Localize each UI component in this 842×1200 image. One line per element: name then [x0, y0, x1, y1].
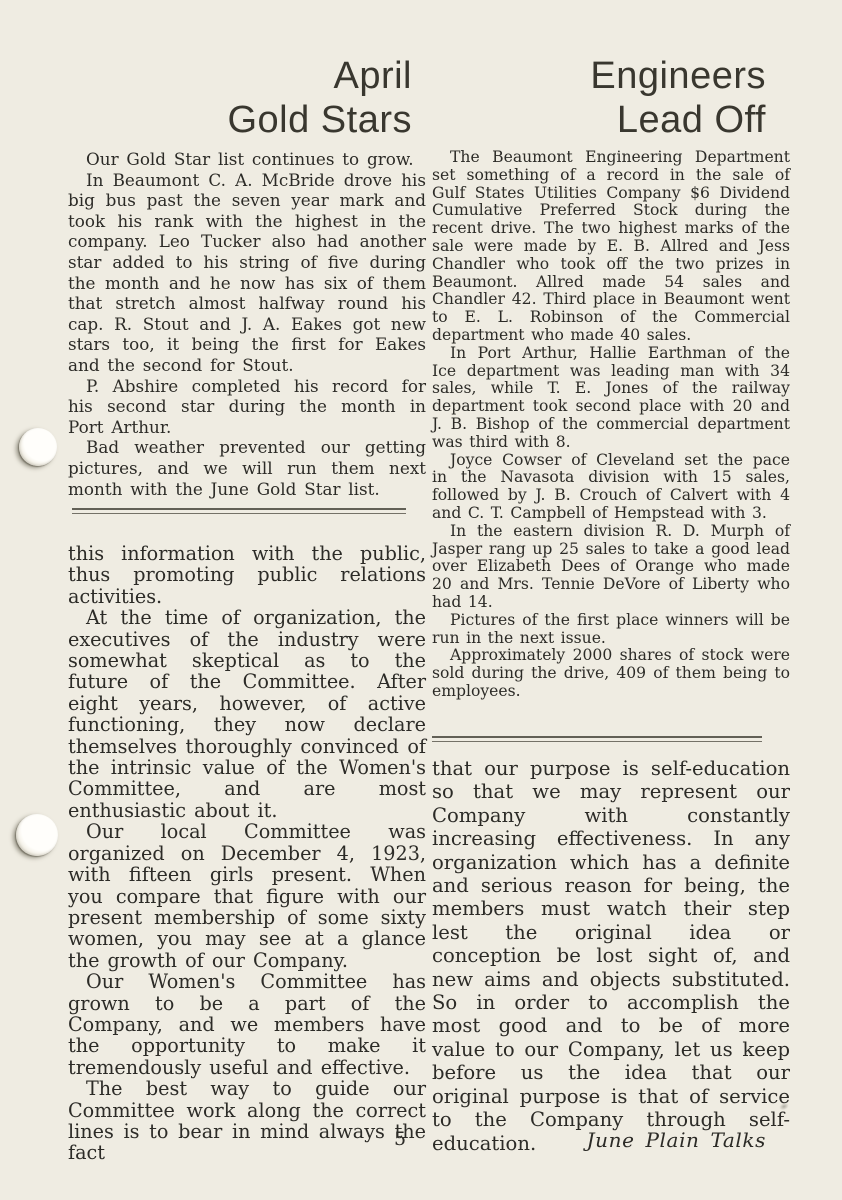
paragraph: Our Women's Committee has grown to be a … — [68, 971, 426, 1078]
title-line-1: Engineers — [432, 54, 766, 98]
paragraph: P. Abshire completed his record for his … — [68, 376, 426, 438]
paragraph: In the eastern division R. D. Murph of J… — [432, 523, 790, 612]
article-title-april-gold-stars: April Gold Stars — [68, 54, 426, 142]
paragraph: In Beaumont C. A. McBride drove his big … — [68, 170, 426, 376]
page-number: 5 — [380, 1128, 420, 1150]
paragraph: Joyce Cowser of Cleveland set the pace i… — [432, 452, 790, 523]
paragraph-continued: this information with the public, thus p… — [68, 543, 426, 607]
paragraph: In Port Arthur, Hallie Earthman of the I… — [432, 345, 790, 452]
article-title-engineers-lead-off: Engineers Lead Off — [432, 54, 790, 142]
punch-hole-top — [19, 428, 57, 466]
paragraph: Our Gold Star list continues to grow. — [68, 149, 426, 170]
title-line-2: Lead Off — [432, 98, 766, 142]
paragraph: Pictures of the first place winners will… — [432, 612, 790, 648]
engineers-article-body: The Beaumont Engineering Department set … — [432, 149, 790, 701]
section-divider-rule-left — [72, 508, 406, 514]
paragraph: The Beaumont Engineering Department set … — [432, 149, 790, 345]
title-line-1: April — [68, 54, 412, 98]
gold-stars-article-body: Our Gold Star list continues to grow. In… — [68, 149, 426, 499]
paragraph-continued: that our purpose is self-education so th… — [432, 757, 790, 1155]
paragraph: The best way to guide our Committee work… — [68, 1078, 426, 1164]
publication-footer-title: June Plain Talks — [430, 1128, 766, 1152]
section-divider-rule-right — [432, 736, 762, 742]
paragraph: At the time of organization, the executi… — [68, 607, 426, 821]
womens-committee-article-left-column: this information with the public, thus p… — [68, 543, 426, 1164]
title-line-2: Gold Stars — [68, 98, 412, 142]
womens-committee-article-right-column: that our purpose is self-education so th… — [432, 757, 790, 1155]
paragraph: Approximately 2000 shares of stock were … — [432, 647, 790, 700]
paragraph: Bad weather prevented our getting pictur… — [68, 437, 426, 499]
paragraph: Our local Committee was organized on Dec… — [68, 821, 426, 971]
scanned-newsletter-page: April Gold Stars Engineers Lead Off Our … — [0, 0, 842, 1200]
punch-hole-bottom — [16, 814, 58, 856]
